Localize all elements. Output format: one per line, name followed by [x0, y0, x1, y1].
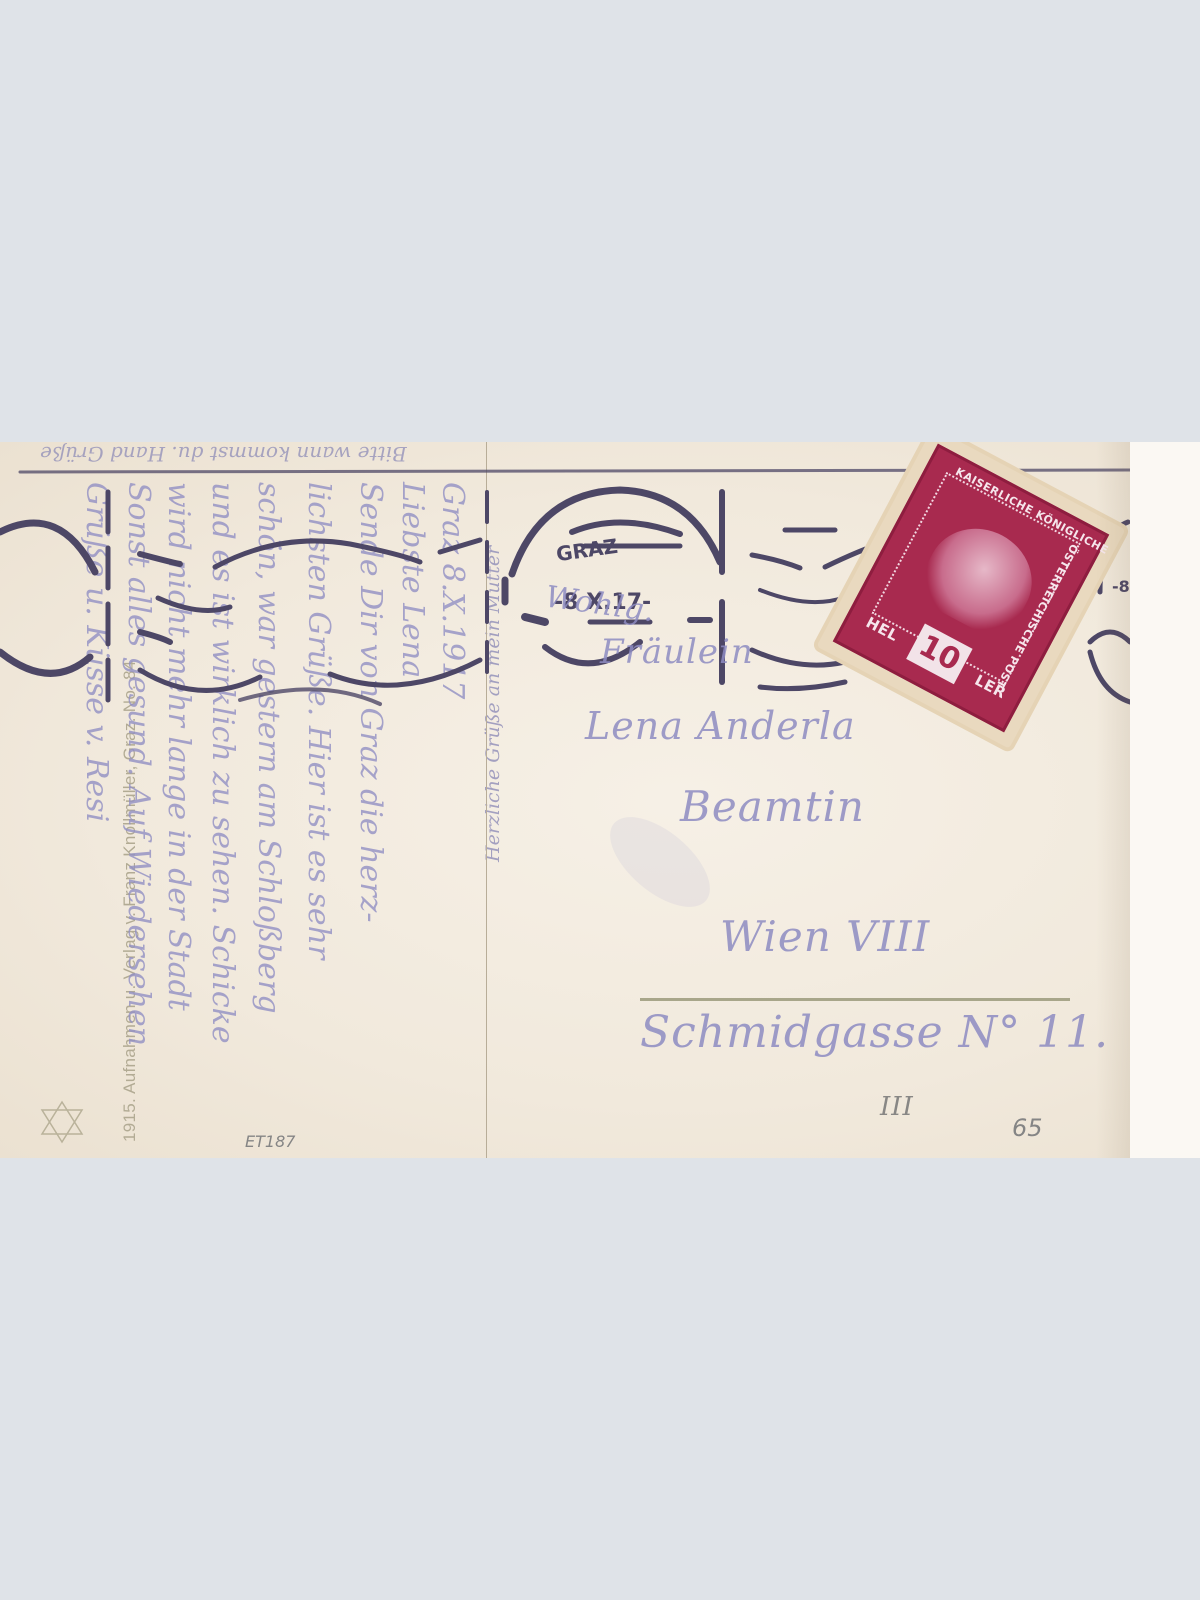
address-street: Schmidgasse N° 11. [640, 1007, 1109, 1058]
pencil-catalog-number: ET187 [245, 1132, 295, 1151]
address-city: Wien VIII [720, 912, 930, 961]
image-viewer: 1915. Aufnahmen u. Verlag v. Franz Knoll… [0, 0, 1200, 1600]
pencil-price: 65 [1012, 1114, 1043, 1142]
address-occupation: Beamtin [680, 782, 865, 831]
address-title: Fräulein [600, 632, 754, 672]
postmark-date-partial: -8 [1112, 577, 1130, 596]
address-floor: III [880, 1092, 914, 1122]
postcard: 1915. Aufnahmen u. Verlag v. Franz Knoll… [0, 442, 1130, 1158]
address-recipient: Lena Anderla [585, 704, 856, 748]
